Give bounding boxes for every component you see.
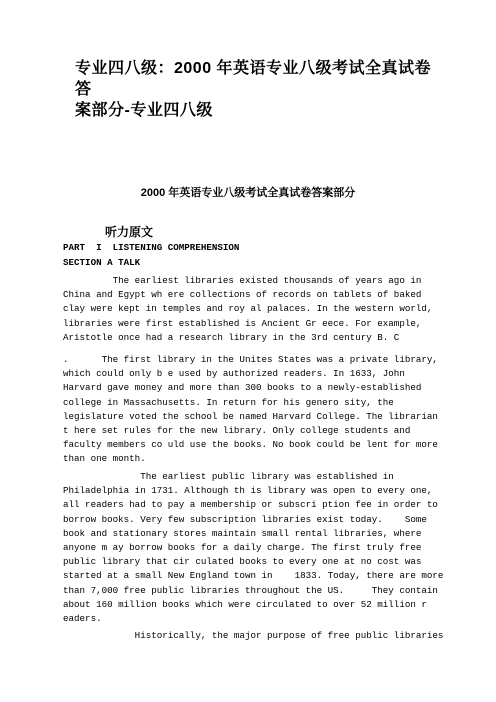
paragraph-historically-intro: Historically, the major purpose of free … (63, 629, 443, 643)
section-headings: 听力原文 PART I LISTENING COMPREHENSION SECT… (63, 224, 239, 270)
page-title-line1: 专业四八级：2000 年英语专业八级考试全真试卷答 (75, 58, 435, 100)
part-one-heading: PART I LISTENING COMPREHENSION (63, 240, 239, 255)
paragraph-first-us-library: . The first library in the Unites States… (63, 353, 438, 467)
document-subtitle: 2000 年英语专业八级考试全真试卷答案部分 (0, 184, 496, 200)
page-title-line2: 案部分-专业四八级 (75, 100, 435, 121)
paragraph-earliest-libraries: The earliest libraries existed thousands… (63, 274, 432, 345)
listening-transcript-heading: 听力原文 (105, 224, 239, 240)
section-a-talk-heading: SECTION A TALK (63, 255, 239, 270)
page-title: 专业四八级：2000 年英语专业八级考试全真试卷答 案部分-专业四八级 (75, 58, 435, 121)
document-page: 专业四八级：2000 年英语专业八级考试全真试卷答 案部分-专业四八级 2000… (0, 0, 496, 702)
paragraph-public-library: The earliest public library was establis… (63, 470, 443, 626)
